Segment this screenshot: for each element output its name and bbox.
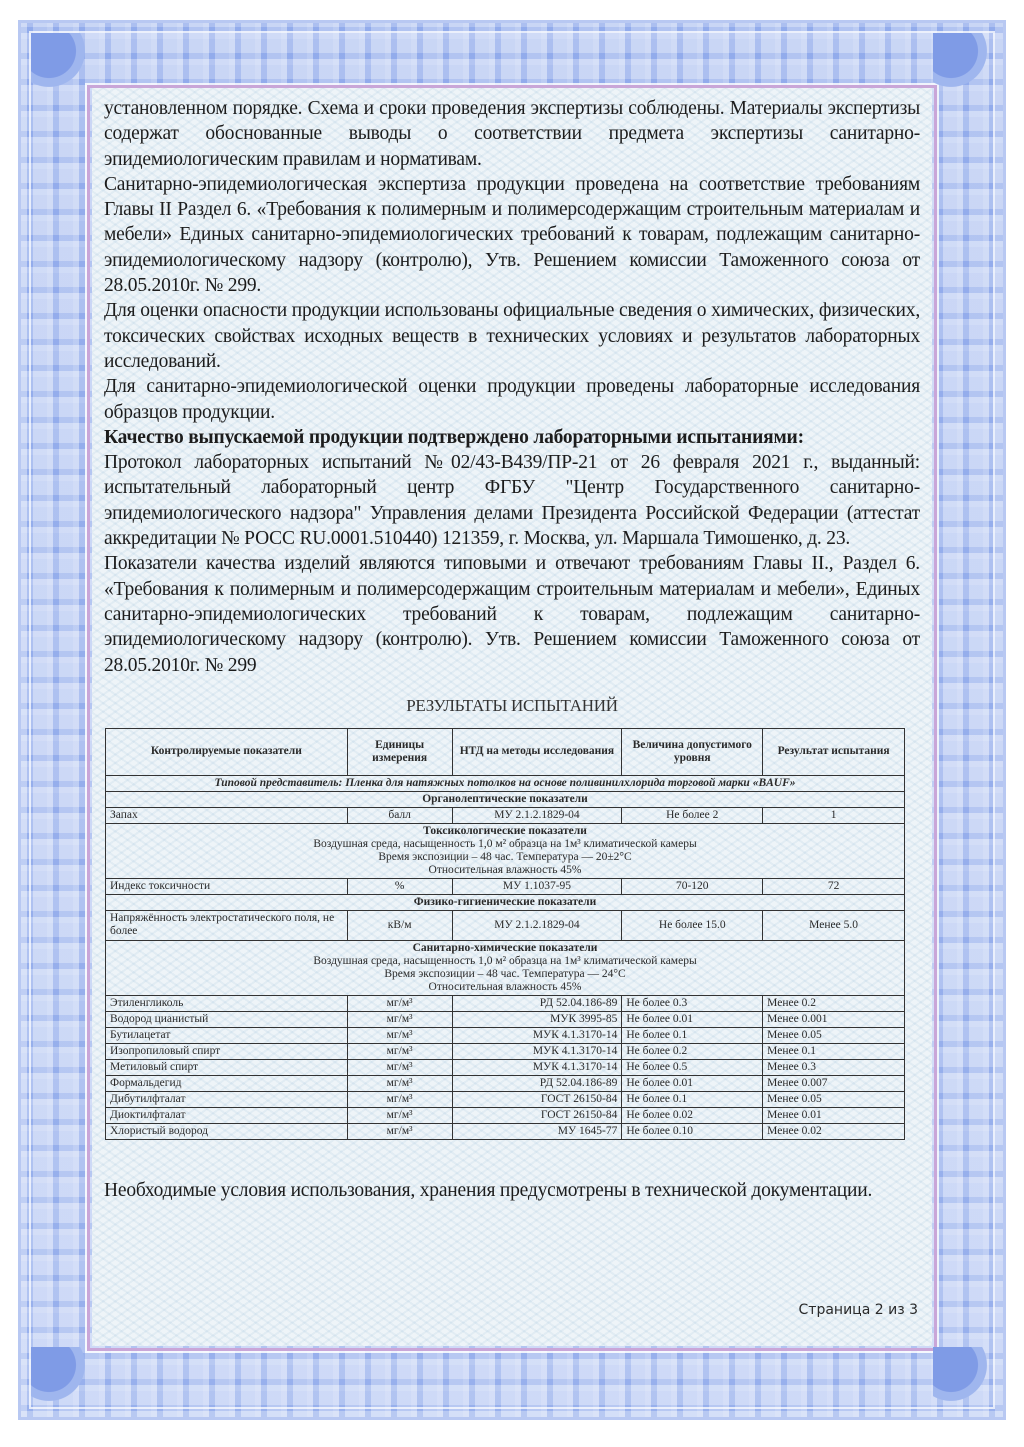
- cell-name: Запах: [106, 807, 348, 823]
- cell-method: РД 52.04.186-89: [452, 1075, 622, 1091]
- cell-result: Менее 0.01: [763, 1107, 905, 1123]
- cell-result: 72: [763, 878, 905, 894]
- document-page: установленном порядке. Схема и сроки про…: [92, 88, 932, 1346]
- cell-name: Водород цианистый: [106, 1011, 348, 1027]
- cell-method: МУ 1645-77: [452, 1123, 622, 1139]
- cell-limit: Не более 0.1: [622, 1091, 763, 1107]
- corner-ornament-icon: [31, 33, 91, 93]
- paragraph-hazard-assessment: Для оценки опасности продукции использов…: [104, 298, 920, 374]
- cell-method: МУ 2.1.2.1829-04: [452, 910, 622, 940]
- cell-limit: Не более 2: [622, 807, 763, 823]
- cell-limit: Не более 0.2: [622, 1043, 763, 1059]
- corner-ornament-icon: [31, 1347, 91, 1407]
- table-header-row: Контролируемые показатели Единицы измере…: [106, 728, 905, 775]
- table-row: Диоктилфталат мг/м³ ГОСТ 26150-84 Не бол…: [106, 1107, 905, 1123]
- table-row: Напряжённость электростатического поля, …: [106, 910, 905, 940]
- representative-row: Типовой представитель: Пленка для натяжн…: [106, 775, 905, 791]
- table-row: Дибутилфталат мг/м³ ГОСТ 26150-84 Не бол…: [106, 1091, 905, 1107]
- cell-result: Менее 5.0: [763, 910, 905, 940]
- cell-method: МУК 4.1.3170-14: [452, 1043, 622, 1059]
- group-note: Воздушная среда, насыщенность 1,0 м² обр…: [110, 838, 900, 851]
- cell-limit: 70-120: [622, 878, 763, 894]
- group-row: Физико-гигиенические показатели: [106, 894, 905, 910]
- cell-method: МУК 4.1.3170-14: [452, 1059, 622, 1075]
- cell-result: Менее 0.02: [763, 1123, 905, 1139]
- paragraph-protocol: Протокол лабораторных испытаний №02/43-В…: [104, 450, 920, 551]
- results-table: Контролируемые показатели Единицы измере…: [105, 728, 905, 1140]
- cell-name: Этиленгликоль: [106, 995, 348, 1011]
- cell-result: Менее 0.3: [763, 1059, 905, 1075]
- cell-result: Менее 0.007: [763, 1075, 905, 1091]
- cell-limit: Не более 0.3: [622, 995, 763, 1011]
- group-chemical: Санитарно-химические показатели Воздушна…: [106, 940, 905, 995]
- cell-unit: кВ/м: [347, 910, 452, 940]
- cell-name: Хлористый водород: [106, 1123, 348, 1139]
- cell-result: Менее 0.1: [763, 1043, 905, 1059]
- group-note: Воздушная среда, насыщенность 1,0 м² обр…: [110, 955, 900, 968]
- cell-unit: мг/м³: [347, 1107, 452, 1123]
- representative-product: Типовой представитель: Пленка для натяжн…: [106, 775, 905, 791]
- cell-method: МУК 4.1.3170-14: [452, 1027, 622, 1043]
- cell-limit: Не более 0.02: [622, 1107, 763, 1123]
- cell-limit: Не более 0.10: [622, 1123, 763, 1139]
- group-row: Санитарно-химические показатели Воздушна…: [106, 940, 905, 995]
- cell-limit: Не более 0.5: [622, 1059, 763, 1075]
- cell-result: Менее 0.05: [763, 1091, 905, 1107]
- group-title-organoleptic: Органолептические показатели: [106, 791, 905, 807]
- table-row: Изопропиловый спирт мг/м³ МУК 4.1.3170-1…: [106, 1043, 905, 1059]
- results-title: РЕЗУЛЬТАТЫ ИСПЫТАНИЙ: [104, 696, 920, 716]
- cell-limit: Не более 0.1: [622, 1027, 763, 1043]
- cell-unit: %: [347, 878, 452, 894]
- cell-result: Менее 0.05: [763, 1027, 905, 1043]
- cell-unit: мг/м³: [347, 995, 452, 1011]
- cell-name: Диоктилфталат: [106, 1107, 348, 1123]
- cell-limit: Не более 15.0: [622, 910, 763, 940]
- header-result: Результат испытания: [763, 728, 905, 775]
- header-method: НТД на методы исследования: [452, 728, 622, 775]
- group-note: Время экспозиции – 48 час. Температура —…: [110, 851, 900, 864]
- table-row: Запах балл МУ 2.1.2.1829-04 Не более 2 1: [106, 807, 905, 823]
- corner-ornament-icon: [933, 33, 993, 93]
- cell-method: РД 52.04.186-89: [452, 995, 622, 1011]
- group-row: Токсикологические показатели Воздушная с…: [106, 823, 905, 878]
- cell-unit: мг/м³: [347, 1123, 452, 1139]
- cell-name: Метиловый спирт: [106, 1059, 348, 1075]
- cell-result: 1: [763, 807, 905, 823]
- header-limit: Величина допустимого уровня: [622, 728, 763, 775]
- cell-name: Бутилацетат: [106, 1027, 348, 1043]
- cell-result: Менее 0.001: [763, 1011, 905, 1027]
- cell-name: Индекс токсичности: [106, 878, 348, 894]
- cell-name: Напряжённость электростатического поля, …: [106, 910, 348, 940]
- header-unit: Единицы измерения: [347, 728, 452, 775]
- group-title-toxicological: Токсикологические показатели: [423, 825, 587, 837]
- cell-unit: балл: [347, 807, 452, 823]
- table-row: Хлористый водород мг/м³ МУ 1645-77 Не бо…: [106, 1123, 905, 1139]
- cell-name: Дибутилфталат: [106, 1091, 348, 1107]
- header-indicator: Контролируемые показатели: [106, 728, 348, 775]
- paragraph-lab-research: Для санитарно-эпидемиологической оценки …: [104, 374, 920, 425]
- group-row: Органолептические показатели: [106, 791, 905, 807]
- group-toxicological: Токсикологические показатели Воздушная с…: [106, 823, 905, 878]
- table-row: Индекс токсичности % МУ 1.1037-95 70-120…: [106, 878, 905, 894]
- paragraph-procedure: установленном порядке. Схема и сроки про…: [104, 96, 920, 172]
- paragraph-expertise: Санитарно-эпидемиологическая экспертиза …: [104, 172, 920, 298]
- page-number: Страница 2 из 3: [799, 1302, 918, 1318]
- corner-ornament-icon: [933, 1347, 993, 1407]
- cell-result: Менее 0.2: [763, 995, 905, 1011]
- table-row: Бутилацетат мг/м³ МУК 4.1.3170-14 Не бол…: [106, 1027, 905, 1043]
- cell-unit: мг/м³: [347, 1059, 452, 1075]
- group-note: Относительная влажность 45%: [110, 864, 900, 877]
- cell-limit: Не более 0.01: [622, 1011, 763, 1027]
- cell-unit: мг/м³: [347, 1027, 452, 1043]
- table-row: Водород цианистый мг/м³ МУК 3995-85 Не б…: [106, 1011, 905, 1027]
- cell-unit: мг/м³: [347, 1011, 452, 1027]
- table-row: Формальдегид мг/м³ РД 52.04.186-89 Не бо…: [106, 1075, 905, 1091]
- cell-name: Формальдегид: [106, 1075, 348, 1091]
- cell-method: МУК 3995-85: [452, 1011, 622, 1027]
- group-title-chemical: Санитарно-химические показатели: [413, 942, 598, 954]
- cell-method: МУ 2.1.2.1829-04: [452, 807, 622, 823]
- cell-limit: Не более 0.01: [622, 1075, 763, 1091]
- cell-unit: мг/м³: [347, 1075, 452, 1091]
- paragraph-quality-indicators: Показатели качества изделий являются тип…: [104, 551, 920, 677]
- table-row: Метиловый спирт мг/м³ МУК 4.1.3170-14 Не…: [106, 1059, 905, 1075]
- cell-method: ГОСТ 26150-84: [452, 1091, 622, 1107]
- group-note: Относительная влажность 45%: [110, 981, 900, 994]
- cell-name: Изопропиловый спирт: [106, 1043, 348, 1059]
- group-title-physical: Физико-гигиенические показатели: [106, 894, 905, 910]
- cell-unit: мг/м³: [347, 1043, 452, 1059]
- table-row: Этиленгликоль мг/м³ РД 52.04.186-89 Не б…: [106, 995, 905, 1011]
- cell-unit: мг/м³: [347, 1091, 452, 1107]
- cell-method: ГОСТ 26150-84: [452, 1107, 622, 1123]
- cell-method: МУ 1.1037-95: [452, 878, 622, 894]
- quality-heading: Качество выпускаемой продукции подтвержд…: [104, 425, 920, 450]
- group-note: Время экспозиции – 48 час. Температура —…: [110, 968, 900, 981]
- paragraph-usage-conditions: Необходимые условия использования, хране…: [104, 1178, 920, 1203]
